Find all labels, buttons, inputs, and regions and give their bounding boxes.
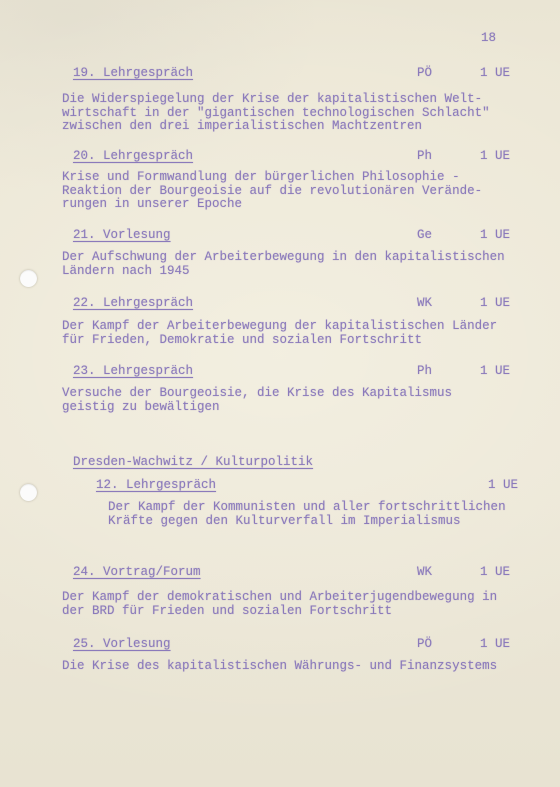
- entry-19-header: 19. Lehrgespräch PÖ 1 UE: [0, 67, 560, 82]
- entry-duration: 1 UE: [480, 566, 510, 580]
- punch-hole-top: [20, 270, 37, 287]
- entry-title: 21. Vorlesung: [73, 228, 171, 242]
- entry-22-header: 22. Lehrgespräch WK 1 UE: [0, 297, 560, 312]
- entry-title: 22. Lehrgespräch: [73, 296, 193, 310]
- entry-code: PÖ: [417, 638, 432, 652]
- entry-20-description: Krise und Formwandlung der bürgerlichen …: [62, 171, 530, 212]
- entry-code: WK: [417, 566, 432, 580]
- entry-code: Ph: [417, 150, 432, 164]
- entry-duration: 1 UE: [480, 67, 510, 81]
- entry-duration: 1 UE: [480, 365, 510, 379]
- entry-25-description: Die Krise des kapitalistischen Währungs-…: [62, 660, 530, 674]
- entry-code: Ph: [417, 365, 432, 379]
- entry-duration: 1 UE: [480, 150, 510, 164]
- entry-24-header: 24. Vortrag/Forum WK 1 UE: [0, 566, 560, 581]
- entry-23-header: 23. Lehrgespräch Ph 1 UE: [0, 365, 560, 380]
- entry-title: 25. Vorlesung: [73, 637, 171, 651]
- entry-12-description: Der Kampf der Kommunisten und aller fort…: [108, 501, 530, 528]
- entry-title: 12. Lehrgespräch: [96, 478, 216, 492]
- page-number: 18: [481, 32, 496, 46]
- entry-code: Ge: [417, 229, 432, 243]
- entry-24-description: Der Kampf der demokratischen und Arbeite…: [62, 591, 530, 618]
- entry-20-header: 20. Lehrgespräch Ph 1 UE: [0, 150, 560, 165]
- entry-12-header: 12. Lehrgespräch 1 UE: [0, 479, 560, 494]
- entry-duration: 1 UE: [488, 479, 518, 493]
- entry-duration: 1 UE: [480, 229, 510, 243]
- entry-23-description: Versuche der Bourgeoisie, die Krise des …: [62, 387, 530, 414]
- entry-title: 24. Vortrag/Forum: [73, 565, 201, 579]
- entry-22-description: Der Kampf der Arbeiterbewegung der kapit…: [62, 320, 530, 347]
- entry-title: 20. Lehrgespräch: [73, 149, 193, 163]
- entry-duration: 1 UE: [480, 297, 510, 311]
- entry-25-header: 25. Vorlesung PÖ 1 UE: [0, 638, 560, 653]
- entry-code: WK: [417, 297, 432, 311]
- entry-duration: 1 UE: [480, 638, 510, 652]
- entry-code: PÖ: [417, 67, 432, 81]
- entry-21-description: Der Aufschwung der Arbeiterbewegung in d…: [62, 251, 530, 278]
- entry-title: 23. Lehrgespräch: [73, 364, 193, 378]
- entry-21-header: 21. Vorlesung Ge 1 UE: [0, 229, 560, 244]
- section-heading: Dresden-Wachwitz / Kulturpolitik: [73, 456, 313, 470]
- document-page: 18 19. Lehrgespräch PÖ 1 UE Die Widerspi…: [0, 0, 560, 787]
- entry-title: 19. Lehrgespräch: [73, 66, 193, 80]
- entry-19-description: Die Widerspiegelung der Krise der kapita…: [62, 93, 530, 134]
